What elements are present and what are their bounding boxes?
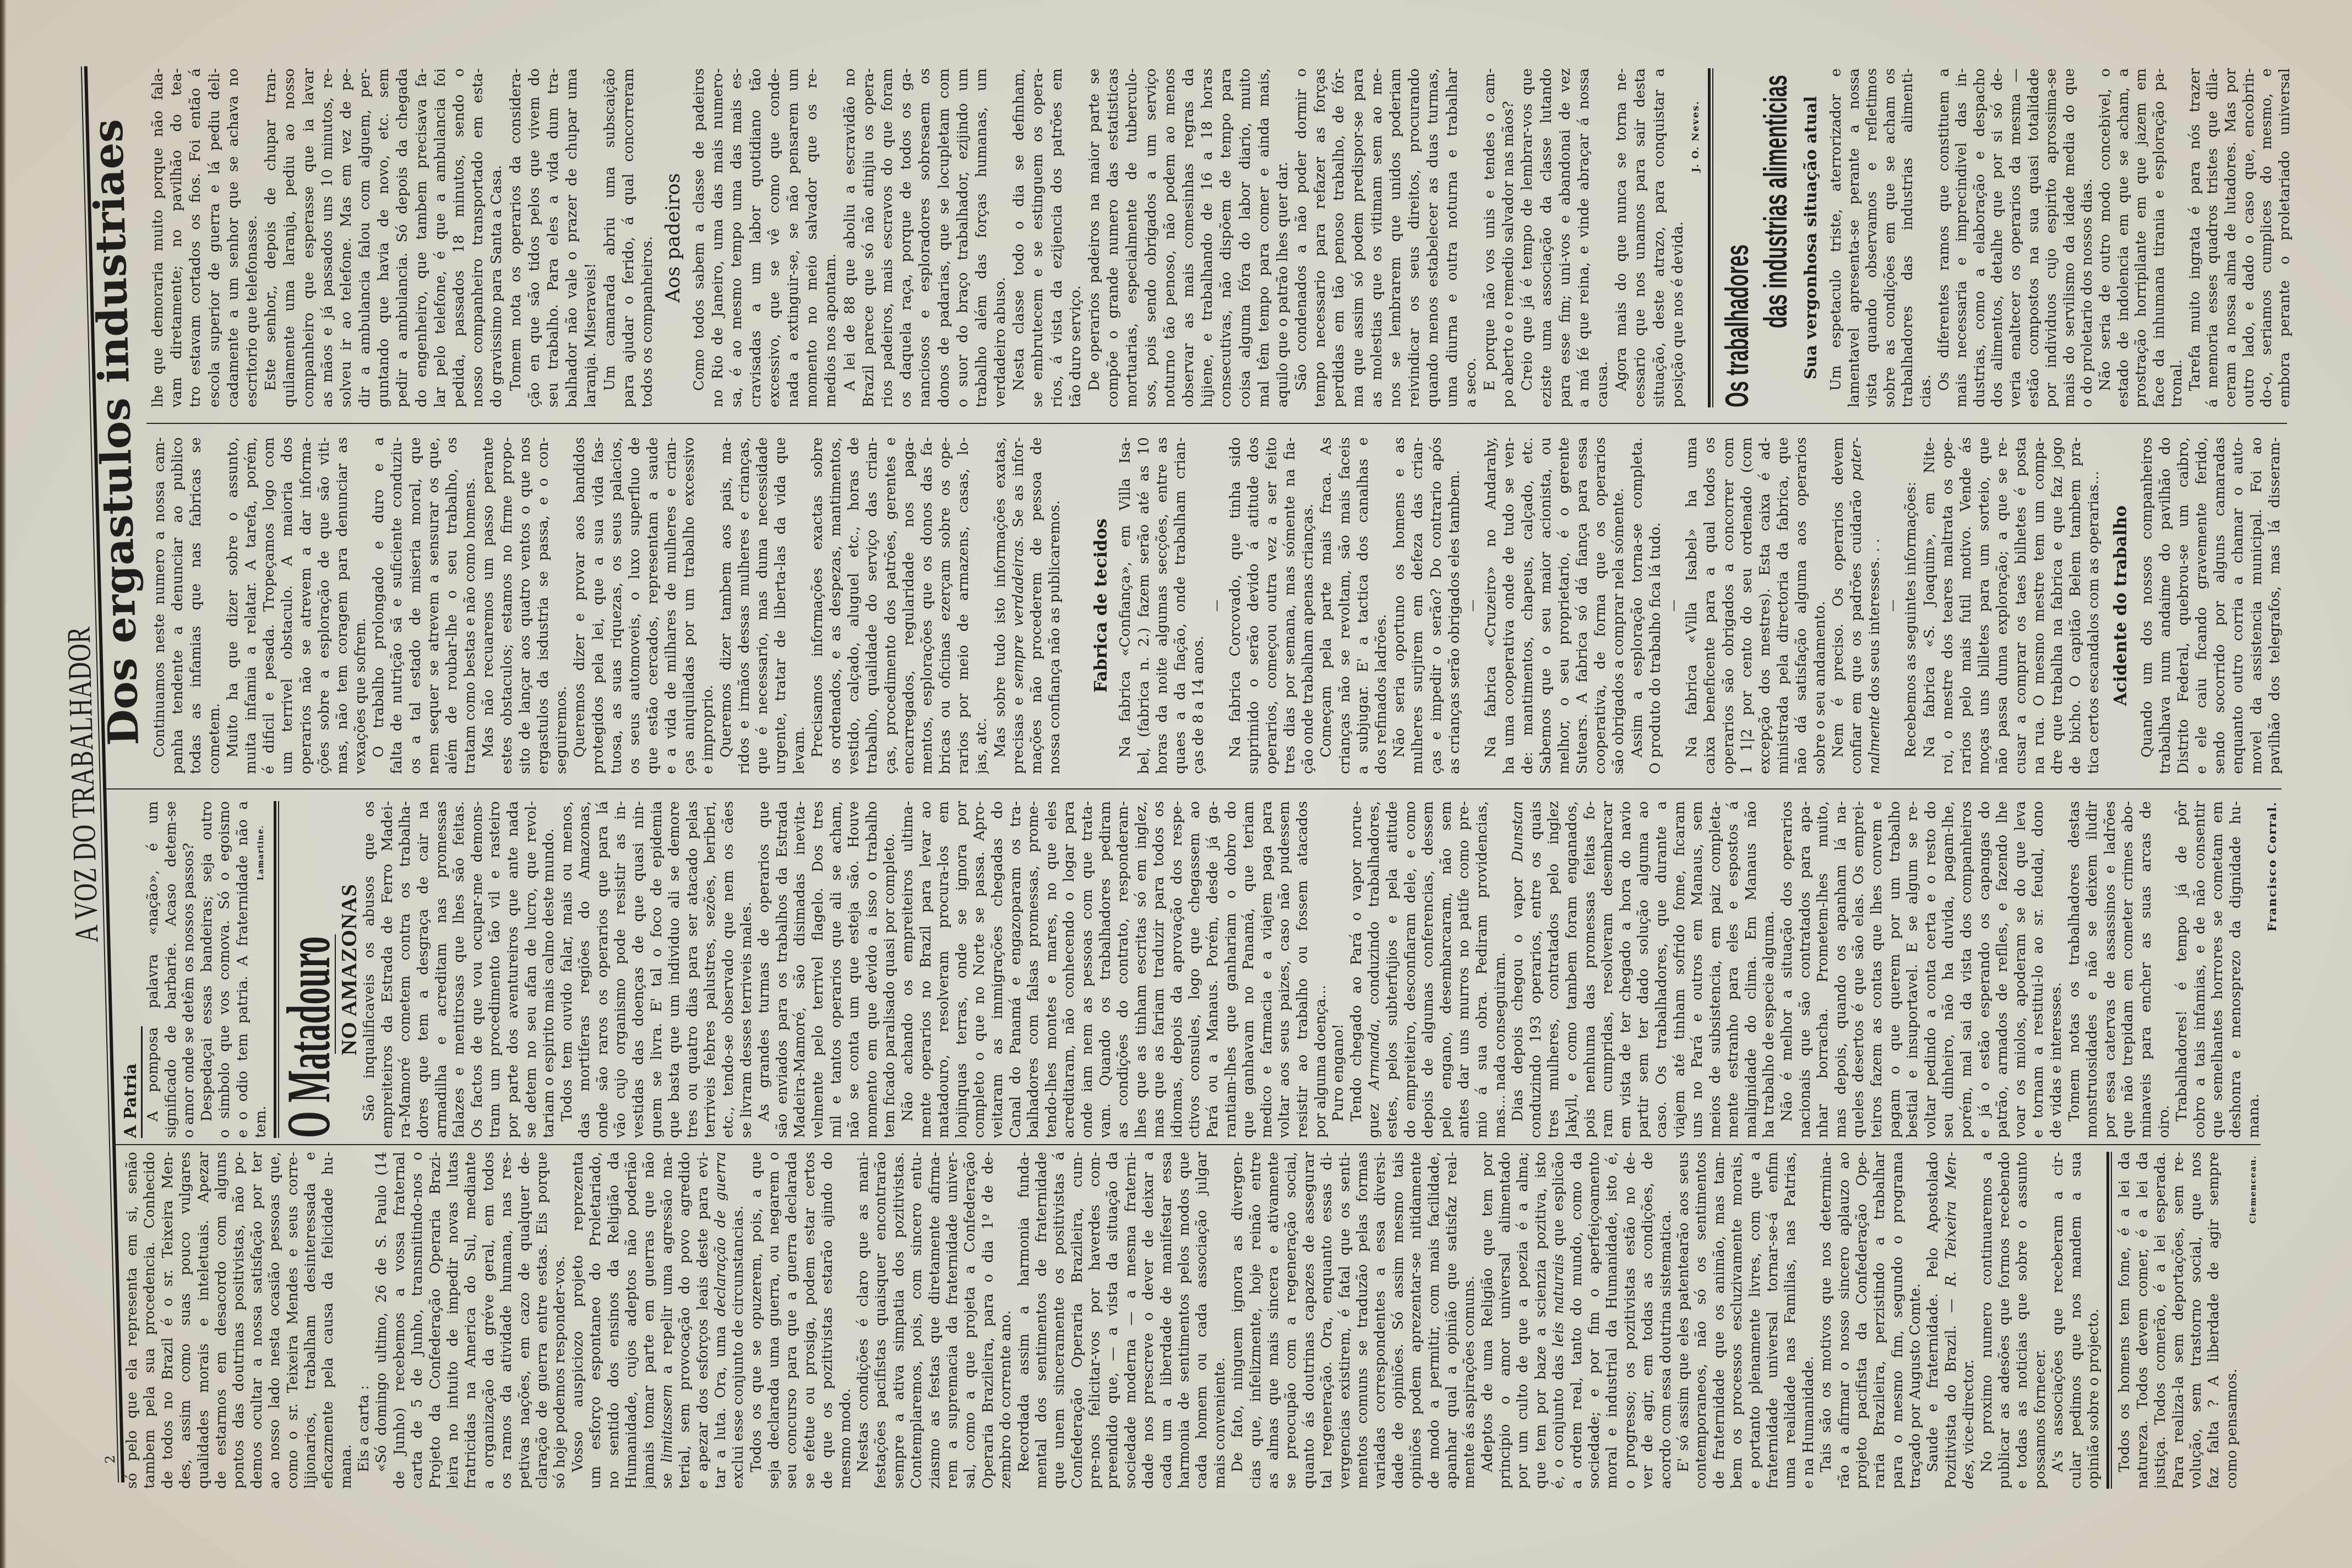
item-separator: — — [1208, 437, 1226, 774]
italic-text: nalmente — [1866, 706, 1883, 774]
text-line: do-o, seriamos cumplices do mesmo, e — [2258, 68, 2276, 407]
text-line: uns no Pará e outros em Manaus, sem — [1689, 801, 1707, 1138]
text-line: só pelo que ela representa em si, senão — [123, 1152, 141, 1489]
text-line: encarregados, regularidade nos paga- — [900, 437, 918, 774]
text-line: melhor, o seu proprietario, é o gerente — [1555, 437, 1574, 774]
text-line: festações pacifistas quaisquer encontrar… — [872, 1152, 890, 1489]
text-line: movel da assistencia municipal. Foi ao — [2248, 437, 2266, 774]
text-line: tica certos escandalos com as operarias.… — [2085, 437, 2103, 774]
paragraph: O trabalho prolongado e duro e afalta de… — [370, 437, 480, 774]
article: Continuamos neste numero a nossa cam-pan… — [151, 437, 2284, 774]
text-line: excessivo, que se vê como que conde- — [765, 68, 784, 407]
text-line: pedir a ambulancia. Só depois da chegada — [393, 68, 412, 407]
text-line: ministrada pela directoria da fabrica, q… — [1774, 437, 1793, 774]
text-line: é dificil e pesada. Tropeçamos logo com — [260, 437, 279, 774]
paragraph: Dias depois chegou o vapor Dunstanconduz… — [1509, 801, 1778, 1138]
text-line: Este senhor,, depois de chupar tran- — [262, 68, 280, 407]
text-line: mulheres surjirem em defeza das crian- — [1409, 437, 1427, 774]
text-line: a seco. — [1462, 68, 1480, 407]
text-line: roi, o mestre dos teares maltrata os ope… — [1939, 437, 1957, 774]
text-line: vestidas das doenças de que quasi nin- — [630, 801, 648, 1138]
paragraph: Todos os homens tem fome, é a lei danatu… — [2116, 1152, 2241, 1489]
text-line: Todos os que se opuzerem, pois, a que — [748, 1152, 765, 1489]
text-line: Os diferentes ramos que constituem a — [1935, 68, 1953, 407]
paragraph: «Só domingo ultimo, 26 de S. Paulo (14de… — [373, 1152, 569, 1489]
text-line: apanhar qual a opinião que satisfaz real… — [1443, 1152, 1461, 1489]
text-line: Adeptos de uma Religião que tem por — [1479, 1152, 1496, 1489]
text-line: no sentido dos ensinos da Religião da — [605, 1152, 623, 1489]
heading-text: A Patria — [121, 1026, 143, 1138]
text-line: do engenheiro, que tambem precisava fa- — [412, 68, 431, 407]
paragraph: lhe que demoraria muito porque não fala-… — [149, 68, 262, 407]
text-line: ma que assim só podem predispor-se para — [1349, 68, 1368, 407]
italic-text: des — [1961, 1464, 1977, 1489]
text-line: Tais são os motivos que nos determina- — [1817, 1152, 1835, 1489]
text-line: A pomposa palavra «nação», é um — [144, 801, 162, 1138]
text-line: ao nosso lado nesta ocasião pessoas que, — [266, 1152, 284, 1489]
text-line: a organização da gréve geral, em todos — [480, 1152, 498, 1489]
text-line: tempo necessario para refazer as forças — [1311, 68, 1330, 407]
text-line: As grandes turmas de operarios que — [755, 801, 774, 1138]
text-line: ver de agir, em todas as condições, de — [1639, 1152, 1657, 1489]
text-line: po aberto e o remedio salvador nas mãos? — [1499, 68, 1518, 407]
text-line: as condições do contrato, responderam- — [1114, 801, 1133, 1138]
text-line: Projeto da Confederação Operaria Brazi- — [427, 1152, 444, 1489]
signature-francisco-corral: Francisco Corral. — [2263, 801, 2282, 1138]
text-line: Um espetaculo triste, aterrorizador e — [1827, 68, 1845, 407]
heading-os-trabalhadores: Os trabalhadores — [1718, 68, 1756, 407]
paragraph: Não é melhor a situação dos operariosnac… — [1778, 801, 2066, 1138]
text-line: De fato, ninguem ignora as divergen- — [1229, 1152, 1246, 1489]
text-line: cada um a liberdade de manifestar essa — [1158, 1152, 1175, 1489]
text-line: São inqualificaveis os abusos que os — [361, 801, 379, 1138]
text-line: Eis a carta : — [355, 1152, 373, 1489]
text-line: companheiro que esperasse que ia lavar — [300, 68, 318, 407]
text-line: Madeira-Mamoré, são disimadas inevita- — [791, 801, 809, 1138]
text-line: justiça. Todos comerão, é a lei esperada… — [2152, 1152, 2169, 1489]
text-line: que ganhavam no Panamá, que teriam — [1240, 801, 1258, 1138]
paragraph: Tomem notas os trabalhadores destasmonst… — [2066, 801, 2174, 1138]
text-line: mental dos sentimentos de fraternidade — [1033, 1152, 1050, 1489]
text-line: Na fabrica «Confiança», em Villa Isa- — [1117, 437, 1135, 774]
paragraph: Todos os que se opuzerem, pois, a quesej… — [748, 1152, 854, 1489]
text-line: operarios, começou outra vez a ser feito — [1263, 437, 1281, 774]
text-line: vam diretamente; no pavilhão do tea- — [167, 68, 186, 407]
text-line: antes dar uns murros no patife como pre- — [1455, 801, 1473, 1138]
text-line: as molestias que os vitimam sem ao me- — [1368, 68, 1386, 407]
italic-text: limitassem — [659, 1384, 676, 1462]
text-line: Todos tem ouvido falar, mais ou menos, — [558, 801, 576, 1138]
text-line: os a tal estado de miseria moral, que — [407, 437, 425, 774]
text-line: como pensamos. — [2223, 1152, 2241, 1489]
text-line: São condenados a não poder dormir o — [1292, 68, 1311, 407]
text-line: para o mesmo fim, segundo o programa — [1889, 1152, 1907, 1489]
text-line: ziasmo as festas que diretamente afirma- — [926, 1152, 944, 1489]
text-line: Mas não recuaremos um passo perante — [480, 437, 498, 774]
column-divider — [112, 1144, 2261, 1145]
text-line: tronal. — [2168, 68, 2186, 407]
text-line: o suor do braço trabalhador, ezijindo um — [954, 68, 972, 407]
text-line: escola superior de guerra e lá pediu del… — [205, 68, 224, 407]
italic-text: leis naturais — [1550, 1254, 1567, 1347]
text-line: vista quando observamos e refletimos — [1863, 68, 1881, 407]
article: só pelo que ela representa em si, senãot… — [123, 1152, 2103, 1489]
text-line: completo o que no Norte se passa. Apro- — [971, 801, 989, 1138]
text-line: exclui esse conjunto de circunstancias. — [729, 1152, 747, 1489]
text-line: Confederação Operaria Brazileira, cum- — [1069, 1152, 1086, 1489]
text-line: Queremos dizer e provar aos bandidos — [571, 437, 589, 774]
text-line: tres ou quatro dias para ser atacado pel… — [684, 801, 702, 1138]
text-line: moral e industrial da Humanidade, isto é… — [1603, 1152, 1621, 1489]
text-line: vergencias existirem, é fatal que os sen… — [1336, 1152, 1354, 1489]
text-line: e o odio tem patria. A fraternidade não … — [234, 801, 252, 1138]
text-line: no Rio de Janeiro, uma das mais numero- — [709, 68, 727, 407]
text-line: mio á sua obra. Pediram providencias, — [1473, 801, 1491, 1138]
text-line: muita infamia a relatar. A tarefa, porém… — [242, 437, 260, 774]
text-line: depois de algumas conferencias, dessem — [1419, 801, 1438, 1138]
text-line: enquanto outro corria a chamar o auto- — [2229, 437, 2247, 774]
text-line: significado de barbarie. Acaso detem-se — [162, 801, 181, 1138]
text-line: Continuamos neste numero a nossa cam- — [151, 437, 169, 774]
heading-acidente-do-trabalho: Acidente do trabalho — [2104, 437, 2138, 774]
paragraph: Precisamos informações exactas sobreos o… — [809, 437, 992, 774]
paragraph: Queremos dizer e provar aos bandidosprot… — [571, 437, 717, 774]
text-line: suprimido o serão devido á atitude dos — [1245, 437, 1263, 774]
text-line: dustrias, como a elaboração e despacho — [1971, 68, 1989, 407]
text-line: Tendo chegado ao Pará o vapor norue- — [1348, 801, 1366, 1138]
text-line: rios, á vista da ezijencia dos patrões e… — [1048, 68, 1066, 407]
text-line: guem se livra. E' tal o foco de epidemia — [648, 801, 666, 1138]
text-line: das mortiferas regiões do Amazonas, — [576, 801, 594, 1138]
text-line: mana. — [2245, 801, 2263, 1138]
text-line: ças aniquiladas por um trabalho excessiv… — [680, 437, 699, 774]
text-line: medico e farmacia e a viajem paga para — [1258, 801, 1276, 1138]
text-line: bestial e insuportavel. E se algum se re… — [1904, 801, 1922, 1138]
text-line: viajem até tinham sofrido fome, ficaram — [1671, 801, 1689, 1138]
text-line: excepção dos mestres). Esta caixa é ad- — [1756, 437, 1774, 774]
text-line: Todos os homens tem fome, é a lei da — [2116, 1152, 2133, 1489]
heading-text: O Matadouro — [283, 937, 335, 1138]
italic-text: declaração de guerra — [712, 1152, 729, 1316]
text-line: o simbolo que vos comova. Só o egoismo — [216, 801, 234, 1138]
text-line: trabalho, qualidade do serviço das crian… — [863, 437, 881, 774]
text-line: dores que tem a desgraça de cair na — [415, 801, 433, 1138]
text-line: sobre o seu andamento. — [1811, 437, 1830, 774]
paragraph: Na fabrica «S. Joaquim», em Nite-roi, o … — [1921, 437, 2104, 774]
text-line: empreiteiros da Estrada de Ferro Madei- — [379, 801, 397, 1138]
text-line: Para realiza-la sem deportações, sem re- — [2170, 1152, 2187, 1489]
text-line: situação, deste atrazo, para conquistar … — [1650, 68, 1669, 407]
text-line: idiomas, depois da aprovação dos respe- — [1168, 801, 1186, 1138]
text-line: consecutivas, não dispõem de tempo para — [1217, 68, 1235, 407]
text-line: face da inhumana tirania e esploração pa… — [2150, 68, 2169, 407]
heading-o-matadouro: O Matadouro — [283, 801, 335, 1138]
text-line: sobre as condições em que se acham os — [1881, 68, 1899, 407]
text-line: o amor onde se detêm os nossos passos? — [180, 801, 198, 1138]
text-line: armadilha e acreditam nas promessas — [433, 801, 451, 1138]
text-line: pagam o que querem por um trabalho — [1886, 801, 1904, 1138]
text-line: mesmo modo. — [837, 1152, 854, 1489]
text-line: cusar a comprar os taes bilhetes é posta — [2012, 437, 2030, 774]
text-line: o do proletario dos nossos dias. — [2078, 68, 2097, 407]
text-line: um esforço espontaneo do Proletariado, — [587, 1152, 605, 1489]
text-line: cometem. — [206, 437, 224, 774]
text-line: Um camarada abriu uma subscaição — [601, 68, 619, 407]
text-line: harmonia de sentimentos pelos modos que — [1175, 1152, 1193, 1489]
text-line: pontos das doutrinas positivistas, não p… — [230, 1152, 248, 1489]
text-line: que tem por baze a scienzia pozitiva, is… — [1532, 1152, 1550, 1489]
text-line: do gravissimo para Santa a Casa. — [487, 68, 506, 407]
text-line: trabalhadores das industrias alimenti- — [1899, 68, 1917, 407]
text-line: ções sobre a esploração de que são viti- — [315, 437, 334, 774]
text-line: Na fabrica «S. Joaquim», em Nite- — [1921, 437, 1939, 774]
text-line: guntando que havia de novo, etc. sem — [374, 68, 393, 407]
text-line: sa, é ao mesmo tempo uma das mais es- — [727, 68, 746, 407]
paragraph: De operarios padeiros na maior parte sec… — [1085, 68, 1292, 407]
text-line: claração de guerra entre estas. Eis porq… — [533, 1152, 551, 1489]
text-line: moças uns billetes para um sorteio, que — [1975, 437, 1994, 774]
text-line: de modo a permitir, com mais facilidade, — [1425, 1152, 1443, 1489]
text-line: panha tendente a denunciar ao publico — [169, 437, 187, 774]
heading-das-industrias-alimenticias: das industrias alimenticias — [1756, 68, 1795, 407]
text-line: Nesta classe todo o dia se definham, — [1010, 68, 1028, 407]
text-line: terriveis febres palustres, sezões, beri… — [701, 801, 720, 1138]
paragraph: Como todos sabem a classe de padeirosno … — [690, 68, 841, 407]
text-line: que unem sinceramente os positivistas á — [1050, 1152, 1068, 1489]
text-line: Saude e fraternidade. Pelo Apostolado — [1924, 1152, 1942, 1489]
text-line: projeto pacifista da Confederação Ope- — [1853, 1152, 1871, 1489]
text-line: Sutears. A fabrica só dá fiança para ess… — [1574, 437, 1592, 774]
text-line: pavilhão dos telegrafos, mas lá disseram… — [2266, 437, 2284, 774]
text-line: Não seria oportuno os homens e as — [1391, 437, 1409, 774]
text-line: falta de nutrição sã e suficiente conduz… — [388, 437, 406, 774]
text-line: ças e impedir o serão? Do contrario após — [1428, 437, 1446, 774]
text-line: por individuos cujo espirito aprossima-s… — [2043, 68, 2061, 407]
text-line: observar as mais comesinhas regras da — [1179, 68, 1198, 407]
column-1: só pelo que ela representa em si, senãot… — [123, 1152, 2262, 1489]
text-line: Nem é preciso. Os operarios devem — [1830, 437, 1848, 774]
text-line: sempre a ativa simpatia dos pozitivistas… — [890, 1152, 908, 1489]
text-line: mais conveniente. — [1211, 1152, 1229, 1489]
text-line: seja declarada uma guerra, ou negarem o — [765, 1152, 783, 1489]
text-line: Muito ha que dizer sobre o assunto, — [224, 437, 242, 774]
text-line: traçado por Augusto Comte. — [1907, 1152, 1924, 1489]
text-line: trabalhava num andaime do pavilhão do — [2157, 437, 2175, 774]
text-line: voar os miolos, apoderam se do que leva — [2012, 801, 2030, 1138]
text-line: lonjinquas terras, onde se ignora por — [953, 801, 971, 1138]
paragraph: Eis a carta : — [355, 1152, 373, 1489]
text-line: conduzindo 193 operarios, entre os quais — [1527, 801, 1545, 1138]
text-line: meios de subsistencia, em paiz completa- — [1707, 801, 1725, 1138]
text-line: Recordada assim a harmonia funda- — [1015, 1152, 1033, 1489]
text-line: O produto do trabalho fica lá tudo. — [1647, 437, 1665, 774]
text-line: ram cumpridas, resolveram desembarcar — [1599, 801, 1617, 1138]
text-line: se limitassem a repelir uma agressão ma- — [658, 1152, 676, 1489]
paragraph: As grandes turmas de operarios quesão en… — [755, 801, 899, 1138]
text-line: Pozitivista do Brazil. — R. Teixeira Men… — [1942, 1152, 1960, 1489]
text-line: mente ás aspirações comuns. — [1461, 1152, 1478, 1489]
italic-text: sempre verdadeiras — [1010, 540, 1027, 688]
text-line: pre-nos felicitar-vos por haverdes com- — [1086, 1152, 1104, 1489]
paragraph: Nesta classe todo o dia se definham,se e… — [1010, 68, 1085, 407]
text-line: Agora mais do que nunca se torna ne- — [1612, 68, 1631, 407]
text-line: noturno tão penoso, não podem ao menos — [1161, 68, 1179, 407]
heading-fabrica-de-tecidos: Fabrica de tecidos — [1064, 437, 1117, 774]
text-line: opinião sobre o projecto. — [2085, 1152, 2103, 1489]
text-line: compõe o grande numero das estatisticas — [1104, 68, 1123, 407]
paragraph: Recebemos as seguintes informações: — [1902, 437, 1920, 774]
text-line: Pará ou a Manaus. Porém, desde já ga- — [1204, 801, 1222, 1138]
text-line: Distrito Federal, quebrou-se um caibro, — [2175, 437, 2193, 774]
paragraph: Na fabrica Corcovado, que tinha sidosupr… — [1227, 437, 1318, 774]
text-line: Brazil parece que só não atinjiu os oper… — [859, 68, 878, 407]
italic-text: Armanda — [1366, 1023, 1382, 1090]
heading-text: Os trabalhadores — [1718, 244, 1756, 407]
text-line: verdadeiro abuso. — [991, 68, 1010, 407]
text-line: os seus automoveis, o luxo superfluo de — [626, 437, 644, 774]
text-line: des, assim como suas pouco vulgares — [177, 1152, 194, 1489]
text-line: tuosa, as suas riquezas, os seus palacio… — [608, 437, 626, 774]
text-line: Tomem notas os trabalhadores destas — [2066, 801, 2084, 1138]
text-line: de Junho) recebemos a vossa fraternal — [391, 1152, 409, 1489]
text-line: cooperativa, de forma que os operarios — [1592, 437, 1610, 774]
item-separator: — — [1464, 437, 1482, 774]
text-line: em vista de ter chegado a hora do navio — [1617, 801, 1635, 1138]
text-line: carta de 5 de Junho, transmitindo-nos o — [409, 1152, 426, 1489]
text-line: nossa confiança não as publicaremos. — [1046, 437, 1064, 774]
text-line: lamentavel apresenta-se perante a nossa — [1845, 68, 1864, 407]
text-line: tambem pela sua procedencia. Conhecido — [141, 1152, 159, 1489]
article: lhe que demoraria muito porque não fala-… — [149, 68, 657, 407]
text-line: e já o estão esperando os capangas do — [1976, 801, 1994, 1138]
text-line: variadas correspondentes a essa diversi- — [1371, 1152, 1389, 1489]
paragraph: A pomposa palavra «nação», é umsignifica… — [144, 801, 198, 1138]
text-line: rem a supremacia da fraternidade univer- — [944, 1152, 961, 1489]
text-line: os ramos da atividade humana, nas res- — [498, 1152, 515, 1489]
text-line: Na fabrica «Villa Isabel» ha uma — [1683, 437, 1701, 774]
text-line: nhar borracha. Prometem-lhes muito, — [1814, 801, 1832, 1138]
paragraph: Mas não recuaremos um passo peranteestes… — [480, 437, 571, 774]
text-line: de: mantimentos, chapeus, calçado, etc. — [1519, 437, 1537, 774]
text-line: de vidas e interesses. — [2048, 801, 2066, 1138]
text-line: operarios são obrigados a concorrer com — [1720, 437, 1738, 774]
text-line: nalmente dos seus interesses. . . — [1866, 437, 1884, 774]
text-line: des, vice-director. — [1960, 1152, 1978, 1489]
heading-text: das industrias alimenticias — [1756, 75, 1795, 328]
paragraph: Despedaçai essas bandeiras; seja outroo … — [198, 801, 270, 1138]
text-line: Os factos de que vou ocupar-me demons- — [469, 801, 487, 1138]
paragraph: Tarefa muito ingrata é para nós trazerá … — [2186, 68, 2294, 407]
text-line: lijionarios, trabalham desinteressada e — [302, 1152, 319, 1489]
heading-sua-vergonhosa-situacao-atual: Sua vergonhosa situação atual — [1795, 68, 1827, 407]
text-line: precisas e sempre verdadeiras. Se as inf… — [1010, 437, 1028, 774]
text-line: quando menos estabelecer as duas turmas, — [1424, 68, 1442, 407]
text-line: fratricidas na America do Sul, mediante — [462, 1152, 480, 1489]
text-line: cessario que nos unamos para sair desta — [1631, 68, 1649, 407]
text-line: á memoria esses quadros tristes que dila… — [2204, 68, 2222, 407]
text-line: de estarmos em desacordo com alguns — [213, 1152, 230, 1489]
text-line: leira no intuito de impedir novas lutas — [444, 1152, 462, 1489]
text-line: E' só assim que eles patentearão aos seu… — [1675, 1152, 1692, 1489]
text-line: sociedade; e por fim o aperfeiçoamento — [1586, 1152, 1603, 1489]
text-line: dos alimentos, detalhe que por si só de- — [1989, 68, 2007, 407]
text-line: por parte dos aventureiros que ante nada — [504, 801, 522, 1138]
text-line: se preocupão com a regeneração social, — [1282, 1152, 1300, 1489]
text-line: para ajudar o ferido, á qual concorreram — [619, 68, 638, 407]
paragraph: Um espetaculo triste, aterrorizador elam… — [1827, 68, 1935, 407]
paragraph: Tendo chegado ao Pará o vapor norue-guez… — [1348, 801, 1509, 1138]
text-line: monstruosidades e não se deixem iludir — [2083, 801, 2101, 1138]
text-line: velmente pelo terrivel flagelo. Dos tres — [809, 801, 827, 1138]
text-line: por alguma doença... — [1312, 801, 1330, 1138]
text-line: de bicho. O capitão Belem tambem pra- — [2067, 437, 2085, 774]
text-line: medios nos apontam. — [821, 68, 840, 407]
paragraph: Tais são os motivos que nos determina-rã… — [1817, 1152, 1924, 1489]
text-line: sito de lançar aos quatro ventos o que n… — [516, 437, 535, 774]
text-line: urgente, tratar de liberta-las da vida q… — [772, 437, 790, 774]
text-line: cada homem ou cada associação julgar — [1193, 1152, 1211, 1489]
text-line: fraternidade universal tornar-se-á enfim — [1764, 1152, 1782, 1489]
text-line: de que os pozitivistas estarão ajindo do — [819, 1152, 836, 1489]
text-line: ção onde trabalham apenas crianças. — [1299, 437, 1317, 774]
paragraph: Adeptos de uma Religião que tem porprinc… — [1479, 1152, 1675, 1489]
text-line: quilamente uma laranja, pediu ao nosso — [280, 68, 299, 407]
text-line: é, o conjunto das leis naturais que espl… — [1550, 1152, 1567, 1489]
text-line: se efetue ou prosiga, podem estar certos — [801, 1152, 819, 1489]
text-line: ças, procedimento dos patrões, gerentes … — [882, 437, 900, 774]
text-line: e todas as noticias que sobre o assunto — [2013, 1152, 2031, 1489]
text-line: que basta que um individuo ali se demore — [666, 801, 684, 1138]
text-line: dir a ambulancia falou com alguem, per- — [356, 68, 374, 407]
text-line: e na Humanidade. — [1800, 1152, 1817, 1489]
heading-a-patria: A Patria — [118, 801, 144, 1138]
paragraph: Agora mais do que nunca se torna ne-cess… — [1612, 68, 1687, 407]
item-separator: — — [1665, 437, 1683, 774]
text-line: são obrigados a comprar nela sómente. — [1610, 437, 1628, 774]
paragraph: Todos tem ouvido falar, mais ou menos,da… — [558, 801, 756, 1138]
text-line: a subjugar. E' a tactica dos canalhas e — [1354, 437, 1373, 774]
text-line: voltar aos seus paizes, caso não pudesse… — [1276, 801, 1294, 1138]
text-line: Contemplaremos, pois, com sincero entu- — [908, 1152, 925, 1489]
text-line: donos de padarias, que se locupletam com — [935, 68, 954, 407]
text-line: um terrivel obstaculo. A maioria dos — [279, 437, 297, 774]
paragraph: E' só assim que eles patentearão aos seu… — [1675, 1152, 1817, 1489]
text-line: o progresso; os pozitivistas estão no de… — [1621, 1152, 1639, 1489]
text-line: lhes que as tinham escritas só em inglez… — [1133, 801, 1151, 1138]
paragraph: Vosso auspiciozo projeto reprezentaum es… — [569, 1152, 748, 1489]
italic-text: Dunstan — [1510, 801, 1526, 862]
text-line: bricas ou oficinas ezerçam sobre os ope- — [937, 437, 955, 774]
paragraph: São condenados a não poder dormir otempo… — [1292, 68, 1480, 407]
text-line: estes, pelos subterfujios e pela atitude — [1384, 801, 1402, 1138]
text-line: resistir ao trabalho ou fossem atacados — [1294, 801, 1312, 1138]
column-2: A PatriaA pomposa palavra «nação», é ums… — [118, 801, 2282, 1138]
text-line: Assim a esploração torna-se completa. — [1629, 437, 1647, 774]
text-line: mal têm tempo para comer e ainda mais, — [1255, 68, 1273, 407]
text-line: estes obstaculos; estamos no firme propo… — [498, 437, 516, 774]
text-line: tariam o espirito mais calmo deste mundo… — [540, 801, 558, 1138]
text-line: teiros fazem as contas que lhes convem e — [1868, 801, 1886, 1138]
paragraph: A lei de 88 que aboliu a escravidão noBr… — [841, 68, 1010, 407]
text-line: Despedaçai essas bandeiras; seja outro — [198, 801, 216, 1138]
text-line: estão compostos na sua quasi totalidade — [2025, 68, 2043, 407]
text-line: horas da noite algumas secções, entre as — [1153, 437, 1172, 774]
text-line: rarios por meio de armazens, casas, lo- — [955, 437, 973, 774]
text-line: Precisamos informações exactas sobre — [809, 437, 827, 774]
text-line: voltar pedindo a conta certa e o resto d… — [1922, 801, 1940, 1138]
text-line: seu concurso para que a guerra declarada — [783, 1152, 801, 1489]
text-line: protegidos pela lei, que a sua vida fas- — [590, 437, 608, 774]
